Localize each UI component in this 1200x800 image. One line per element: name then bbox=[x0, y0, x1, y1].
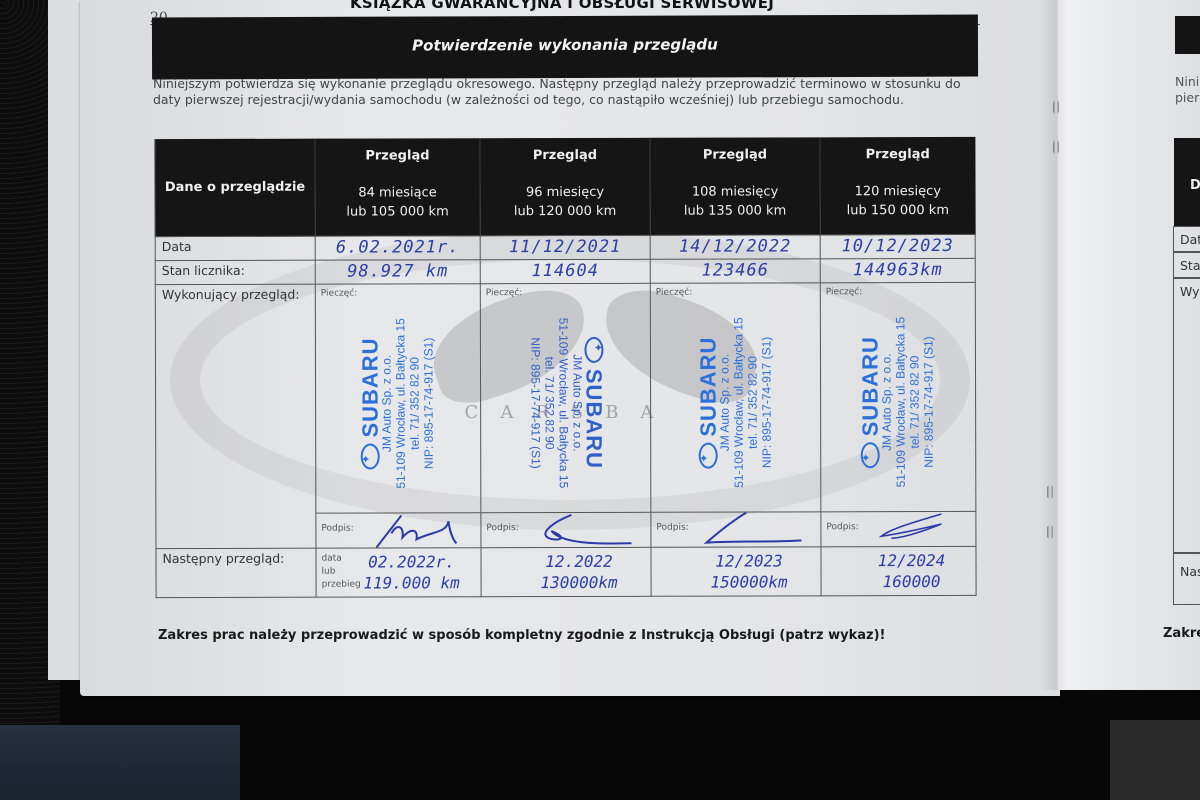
odometer-cell: 144963km bbox=[820, 258, 975, 282]
stamp-phone: tel. 71/ 352 82 90 bbox=[407, 303, 422, 503]
header-service-84: Przegląd84 miesiącelub 105 000 km bbox=[315, 138, 480, 236]
stamp-phone: tel. 71/ 352 82 90 bbox=[745, 302, 760, 502]
stamp-address: 51-109 Wrocław, ul. Bałtycka 15 bbox=[556, 303, 571, 503]
signature-label: Podpis: bbox=[486, 523, 518, 533]
right-page-header-text: D bbox=[1190, 178, 1200, 193]
header-service-108: Przegląd108 miesięcylub 135 000 km bbox=[650, 137, 820, 235]
service-confirmation-table: Dane o przeglądzie Przegląd84 miesiącelu… bbox=[154, 137, 976, 598]
table-row-odometer: Stan licznika: 98.927 km 114604 123466 1… bbox=[155, 258, 975, 284]
header-label: Przegląd bbox=[316, 148, 478, 163]
signature-label: Podpis: bbox=[656, 523, 688, 533]
row-label-next-service: Następny przegląd: bbox=[156, 548, 316, 597]
stamp-company: JM Auto Sp. z o.o. bbox=[879, 302, 894, 502]
row-label-date: Data bbox=[155, 236, 315, 260]
header-service-96: Przegląd96 miesięcylub 120 000 km bbox=[480, 138, 650, 236]
handwritten-next-date: 02.2022r. bbox=[346, 552, 476, 571]
stamp-cell: Pieczęć: SUBARU JM Auto Sp. z o.o. 51-10… bbox=[315, 284, 481, 513]
stamp-nip: NIP: 895-17-74-917 bbox=[921, 362, 935, 467]
staple-icon bbox=[1047, 525, 1053, 539]
handwritten-odometer: 144963km bbox=[827, 261, 969, 279]
signature-label: Podpis: bbox=[826, 522, 858, 532]
right-page-intro: Ninipier bbox=[1175, 74, 1199, 106]
signature-cell: Podpis: bbox=[821, 511, 976, 546]
handwritten-next-mileage: 150000km bbox=[682, 572, 817, 591]
background-object bbox=[1110, 720, 1200, 800]
next-service-cell: 12/2024 160000 bbox=[821, 546, 976, 595]
header-km: lub 150 000 km bbox=[822, 201, 975, 220]
stamp-phone: tel. 71/ 352 82 90 bbox=[542, 303, 557, 503]
handwritten-odometer: 98.927 km bbox=[322, 262, 474, 280]
dealer-stamp: SUBARU JM Auto Sp. z o.o. 51-109 Wrocław… bbox=[860, 302, 936, 502]
stamp-nip: NIP: 895-17-74-917 bbox=[528, 337, 542, 442]
stamp-address: 51-109 Wrocław, ul. Bałtycka 15 bbox=[731, 302, 746, 502]
date-cell: 11/12/2021 bbox=[480, 235, 650, 259]
handwritten-next-date: 12/2023 bbox=[681, 551, 816, 570]
stamp-cell: Pieczęć: SUBARU JM Auto Sp. z o.o. 51-10… bbox=[480, 283, 651, 512]
intro-text: Niniejszym potwierdza się wykonanie prze… bbox=[153, 76, 983, 108]
handwritten-next-mileage: 119.000 km bbox=[347, 573, 477, 592]
header-label: Przegląd bbox=[651, 147, 818, 162]
header-months: 96 miesięcy bbox=[482, 183, 649, 202]
staple-icon bbox=[1047, 485, 1053, 499]
header-months: 108 miesięcy bbox=[652, 182, 819, 201]
stamp-code: (S1) bbox=[921, 336, 935, 359]
stamp-label: Pieczęć: bbox=[826, 287, 862, 297]
right-page-row-date: Dat bbox=[1173, 226, 1200, 252]
staple-icon bbox=[1053, 140, 1059, 154]
header-km: lub 105 000 km bbox=[317, 202, 479, 221]
signature-mark bbox=[691, 512, 801, 548]
stamp-label: Pieczęć: bbox=[656, 288, 692, 298]
section-title: Potwierdzenie wykonania przeglądu bbox=[152, 35, 978, 56]
signature-cell: Podpis: bbox=[316, 513, 481, 548]
stamp-nip: NIP: 895-17-74-917 bbox=[759, 362, 773, 467]
stamp-address: 51-109 Wrocław, ul. Bałtycka 15 bbox=[393, 303, 408, 503]
staple-icon bbox=[1053, 100, 1059, 114]
stamp-brand: SUBARU bbox=[863, 336, 877, 436]
signature-mark bbox=[521, 513, 631, 549]
stamp-cell: Pieczęć: SUBARU JM Auto Sp. z o.o. 51-10… bbox=[820, 282, 976, 511]
stamp-company: JM Auto Sp. z o.o. bbox=[379, 303, 394, 503]
right-page-footer: Zakre bbox=[1163, 626, 1200, 641]
stamp-address: 51-109 Wrocław, ul. Bałtycka 15 bbox=[893, 302, 908, 502]
right-page-intro-line: pier bbox=[1175, 90, 1199, 106]
stamp-code: (S1) bbox=[528, 446, 542, 469]
next-service-cell: datalubprzebieg 02.2022r. 119.000 km bbox=[316, 548, 481, 597]
stamp-label: Pieczęć: bbox=[486, 288, 522, 298]
row-label-odometer: Stan licznika: bbox=[155, 260, 315, 284]
right-page-title-bar bbox=[1175, 16, 1200, 54]
stamp-label: Pieczęć: bbox=[321, 289, 357, 299]
handwritten-next-date: 12.2022 bbox=[511, 552, 646, 571]
header-label: Przegląd bbox=[821, 147, 974, 162]
handwritten-date: 14/12/2022 bbox=[657, 237, 814, 255]
header-km: lub 120 000 km bbox=[482, 202, 649, 221]
header-km: lub 135 000 km bbox=[652, 201, 819, 220]
table-header-row: Dane o przeglądzie Przegląd84 miesiącelu… bbox=[155, 137, 975, 237]
signature-cell: Podpis: bbox=[481, 512, 651, 547]
section-title-bar: Potwierdzenie wykonania przeglądu bbox=[152, 15, 978, 80]
table-row-next-service: Następny przegląd: datalubprzebieg 02.20… bbox=[156, 546, 976, 597]
right-page-table-header: D bbox=[1174, 138, 1200, 226]
table-row-performed-by: Wykonujący przegląd: Pieczęć: SUBARU JM … bbox=[155, 282, 976, 513]
odometer-cell: 98.927 km bbox=[315, 260, 480, 284]
subaru-logo-icon bbox=[584, 336, 603, 362]
book-title: KSIĄŻKA GWARANCYJNA I OBSŁUGI SERWISOWEJ bbox=[350, 0, 774, 12]
signature-cell: Podpis: bbox=[651, 512, 821, 547]
dealer-stamp: SUBARU JM Auto Sp. z o.o. 51-109 Wrocław… bbox=[360, 303, 436, 503]
date-cell: 6.02.2021r. bbox=[315, 236, 480, 260]
header-service-120: Przegląd120 miesięcylub 150 000 km bbox=[820, 137, 975, 235]
date-cell: 14/12/2022 bbox=[650, 235, 820, 259]
handwritten-next-mileage: 160000 bbox=[852, 572, 972, 591]
row-label-performed-by: Wykonujący przegląd: bbox=[155, 284, 316, 548]
subaru-logo-icon bbox=[698, 442, 717, 468]
odometer-cell: 123466 bbox=[650, 259, 820, 283]
background-object bbox=[0, 725, 240, 800]
handwritten-date: 11/12/2021 bbox=[487, 238, 644, 256]
next-service-cell: 12/2023 150000km bbox=[651, 547, 821, 596]
footer-note: Zakres prac należy przeprowadzić w sposó… bbox=[158, 628, 885, 643]
signature-mark bbox=[356, 513, 466, 549]
header-months: 84 miesiące bbox=[317, 183, 479, 202]
table-row-date: Data 6.02.2021r. 11/12/2021 14/12/2022 1… bbox=[155, 234, 975, 260]
handwritten-odometer: 123466 bbox=[657, 261, 814, 279]
date-cell: 10/12/2023 bbox=[820, 234, 975, 258]
stamp-brand: SUBARU bbox=[587, 368, 601, 468]
subaru-logo-icon bbox=[861, 442, 880, 468]
signature-mark bbox=[861, 512, 971, 548]
stamp-code: (S1) bbox=[421, 337, 435, 360]
stamp-phone: tel. 71/ 352 82 90 bbox=[907, 302, 922, 502]
right-page-row-performed: Wyk bbox=[1173, 278, 1200, 553]
handwritten-date: 10/12/2023 bbox=[827, 237, 969, 255]
header-service-data: Dane o przeglądzie bbox=[155, 139, 315, 237]
header-label: Przegląd bbox=[481, 148, 648, 163]
odometer-cell: 114604 bbox=[480, 259, 650, 283]
subaru-logo-icon bbox=[361, 443, 380, 469]
right-page-row-next: Nast bbox=[1173, 553, 1200, 605]
handwritten-next-mileage: 130000km bbox=[512, 573, 647, 592]
handwritten-next-date: 12/2024 bbox=[851, 551, 971, 570]
handwritten-odometer: 114604 bbox=[487, 262, 644, 280]
stamp-company: JM Auto Sp. z o.o. bbox=[717, 302, 732, 502]
stamp-brand: SUBARU bbox=[700, 336, 714, 436]
stamp-company: JM Auto Sp. z o.o. bbox=[570, 302, 585, 502]
stamp-nip: NIP: 895-17-74-917 bbox=[421, 363, 435, 468]
dealer-stamp: SUBARU JM Auto Sp. z o.o. 51-109 Wrocław… bbox=[528, 302, 604, 502]
stamp-code: (S1) bbox=[759, 336, 773, 359]
stamp-brand: SUBARU bbox=[363, 337, 377, 437]
right-page-intro-line: Nini bbox=[1175, 74, 1199, 90]
stamp-cell: Pieczęć: SUBARU JM Auto Sp. z o.o. 51-10… bbox=[650, 283, 821, 512]
dealer-stamp: SUBARU JM Auto Sp. z o.o. 51-109 Wrocław… bbox=[698, 302, 774, 502]
handwritten-date: 6.02.2021r. bbox=[322, 238, 474, 256]
right-page-row-odometer: Stan bbox=[1173, 252, 1200, 278]
next-service-cell: 12.2022 130000km bbox=[481, 547, 651, 596]
signature-label: Podpis: bbox=[321, 524, 353, 534]
header-months: 120 miesięcy bbox=[822, 182, 975, 201]
